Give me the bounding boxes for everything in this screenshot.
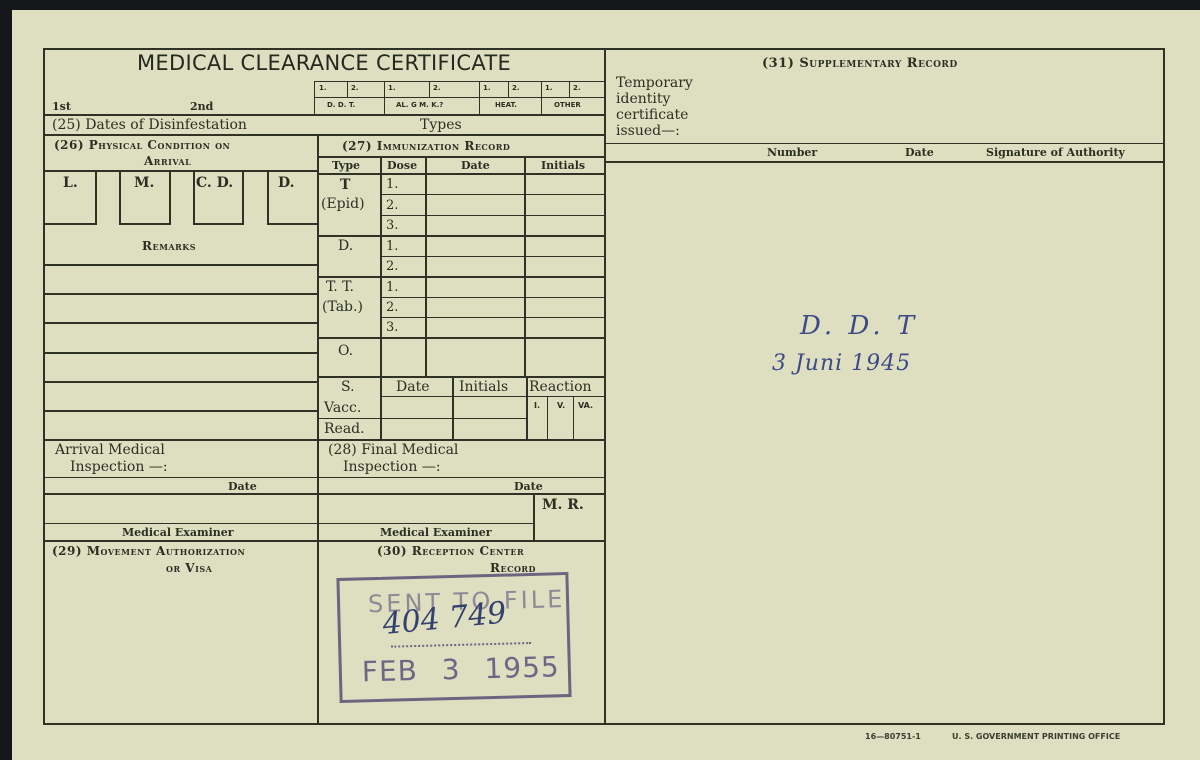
- types-grid-v1: [384, 81, 385, 114]
- types-grid-v0: [314, 81, 315, 114]
- types-grid-mid: [314, 97, 604, 98]
- remarks-line-6[interactable]: [43, 410, 317, 412]
- smallpox-col-1: [380, 376, 382, 439]
- final-inspection-label: (28) Final Medical: [328, 443, 458, 457]
- types-grid-s3: [508, 81, 509, 97]
- ddt-col-2: 2.: [351, 85, 359, 92]
- immunization-record-label: (27) Immunization Record: [342, 140, 510, 152]
- mr-label: M. R.: [542, 498, 584, 512]
- immun-type-epid: (Epid): [321, 197, 365, 211]
- first-disinfestation-label: 1st: [52, 101, 71, 112]
- form-title: MEDICAL CLEARANCE CERTIFICATE: [137, 53, 511, 74]
- condition-cd-label: C. D.: [196, 176, 233, 190]
- algo-col-1: 1.: [388, 85, 396, 92]
- immun-group-sep: [317, 235, 604, 237]
- smallpox-col-2: [452, 376, 454, 439]
- remarks-line-5[interactable]: [43, 381, 317, 383]
- smallpox-reaction-header: Reaction: [529, 380, 592, 394]
- immun-type-tab: (Tab.): [322, 300, 363, 314]
- reaction-va: VA.: [578, 402, 593, 410]
- condition-l-label: L.: [63, 176, 78, 190]
- mr-divider: [533, 493, 535, 541]
- handwritten-date: 3 Juni 1945: [772, 353, 911, 375]
- temp-id-label-1: Temporary: [616, 76, 693, 90]
- immun-header-date: Date: [461, 160, 490, 171]
- types-grid-v2: [479, 81, 480, 114]
- movement-authorization-label: (29) Movement Authorization: [52, 545, 245, 557]
- smallpox-header-bottom: [380, 396, 604, 397]
- second-disinfestation-label: 2nd: [190, 101, 213, 112]
- types-grid-s4: [569, 81, 570, 97]
- immun-row: [380, 297, 604, 298]
- types-grid-v3: [541, 81, 542, 114]
- inspection-date-bottom: [43, 493, 604, 495]
- temp-id-date-label: Date: [905, 147, 934, 158]
- handwritten-ddt: D. D. T: [800, 313, 918, 339]
- smallpox-s-label: S.: [341, 380, 355, 394]
- stamp-handwritten-number: 404 749: [381, 598, 507, 640]
- dose-label: 2.: [386, 199, 398, 212]
- smallpox-vacc-label: Vacc.: [324, 401, 361, 415]
- sent-to-file-stamp: SENT TO FILE 404 749 FEB 3 1955: [336, 572, 571, 703]
- immun-row: [380, 194, 604, 195]
- inspection-date-line[interactable]: [43, 477, 604, 478]
- supplementary-notes-area[interactable]: D. D. T 3 Juni 1945: [604, 163, 1163, 723]
- types-label: Types: [420, 118, 462, 132]
- immun-header-dose: Dose: [387, 160, 417, 171]
- stamp-dotted-line: [391, 642, 531, 648]
- immun-row: [380, 256, 604, 257]
- immun-col-date: [524, 156, 526, 377]
- immun-row: [380, 215, 604, 216]
- reaction-col-1: [547, 396, 548, 439]
- remarks-line-3[interactable]: [43, 322, 317, 324]
- heat-col-2: 2.: [512, 85, 520, 92]
- dates-of-disinfestation-label: (25) Dates of Disinfestation: [52, 118, 247, 132]
- smallpox-vacc-bottom: [317, 418, 526, 419]
- form-number: 16—80751-1: [865, 733, 921, 741]
- remarks-line-4[interactable]: [43, 352, 317, 354]
- dose-label: 1.: [386, 178, 398, 191]
- immun-header-bottom: [317, 173, 604, 175]
- temp-id-signature-label: Signature of Authority: [986, 147, 1125, 158]
- immun-type-d: D.: [338, 239, 353, 253]
- temp-id-label-2: identity: [616, 92, 670, 106]
- arrival-examiner-label: Medical Examiner: [122, 527, 234, 538]
- immun-group-sep: [317, 337, 604, 339]
- frame-right: [1163, 48, 1165, 725]
- dates-row-line: [43, 114, 604, 116]
- algo-col-2: 2.: [433, 85, 441, 92]
- immun-grid-bottom: [317, 376, 604, 378]
- immun-type-tt: T. T.: [326, 280, 354, 294]
- printer-label: U. S. GOVERNMENT PRINTING OFFICE: [952, 733, 1120, 741]
- immun-header-initials: Initials: [541, 160, 585, 171]
- immun-header-type: Type: [332, 160, 360, 171]
- dose-label: 3.: [386, 219, 398, 232]
- medical-clearance-card: MEDICAL CLEARANCE CERTIFICATE 1. 2. 1. 2…: [12, 10, 1200, 760]
- temp-id-entry-line[interactable]: [604, 143, 1165, 144]
- temp-id-number-label: Number: [767, 147, 817, 158]
- condition-m-label: M.: [134, 176, 154, 190]
- types-grid-s2: [429, 81, 430, 97]
- final-inspection-label-2: Inspection —:: [343, 460, 441, 474]
- reaction-i: I.: [534, 402, 540, 410]
- reaction-v: V.: [557, 402, 565, 410]
- final-examiner-label: Medical Examiner: [380, 527, 492, 538]
- immun-col-dose: [425, 156, 427, 377]
- arrival-inspection-label-2: Inspection —:: [70, 460, 168, 474]
- remarks-line-1[interactable]: [43, 264, 317, 266]
- smallpox-read-label: Read.: [324, 422, 365, 436]
- ddt-col-1: 1.: [319, 85, 327, 92]
- section-25-bottom: [43, 134, 604, 136]
- heat-col-1: 1.: [483, 85, 491, 92]
- immun-row: [380, 317, 604, 318]
- final-date-label: Date: [514, 481, 543, 492]
- immun-group-sep: [317, 276, 604, 278]
- supplementary-record-label: (31) Supplementary Record: [762, 57, 958, 70]
- frame-left: [43, 48, 45, 725]
- arrival-inspection-label: Arrival Medical: [55, 443, 165, 457]
- reception-center-label: (30) Reception Center: [377, 545, 524, 557]
- condition-d-label: D.: [278, 176, 295, 190]
- algo-type-label: AL. G M. K.?: [396, 102, 443, 109]
- stamp-date: FEB 3 1955: [362, 653, 561, 686]
- other-col-2: 2.: [573, 85, 581, 92]
- temp-id-label-3: certificate: [616, 108, 688, 122]
- dose-label: 2.: [386, 260, 398, 273]
- arrival-date-label: Date: [228, 481, 257, 492]
- section-26-27-bottom: [43, 439, 604, 441]
- remarks-label: Remarks: [142, 240, 196, 252]
- movement-authorization-label-2: or Visa: [166, 562, 212, 574]
- dose-label: 1.: [386, 281, 398, 294]
- smallpox-date-header: Date: [396, 380, 429, 394]
- types-grid-s1: [347, 81, 348, 97]
- smallpox-col-3: [526, 376, 528, 439]
- examiner-line[interactable]: [43, 523, 533, 524]
- ddt-type-label: D. D. T.: [327, 102, 355, 109]
- immun-label-bottom: [317, 156, 604, 158]
- immun-type-o: O.: [338, 344, 353, 358]
- physical-condition-label-2: Arrival: [144, 155, 191, 167]
- other-type-label: OTHER: [554, 102, 581, 109]
- dose-label: 2.: [386, 301, 398, 314]
- dose-label: 3.: [386, 321, 398, 334]
- remarks-line-2[interactable]: [43, 293, 317, 295]
- smallpox-initials-header: Initials: [459, 380, 508, 394]
- dose-label: 1.: [386, 240, 398, 253]
- immun-col-type: [380, 156, 382, 377]
- immun-type-t: T: [340, 178, 350, 192]
- reaction-col-2: [573, 396, 574, 439]
- types-grid-top: [314, 81, 604, 82]
- heat-type-label: HEAT.: [495, 102, 517, 109]
- temp-id-label-4: issued—:: [616, 124, 680, 138]
- other-col-1: 1.: [545, 85, 553, 92]
- physical-condition-label: (26) Physical Condition on: [54, 139, 230, 151]
- section-28-bottom: [43, 540, 604, 542]
